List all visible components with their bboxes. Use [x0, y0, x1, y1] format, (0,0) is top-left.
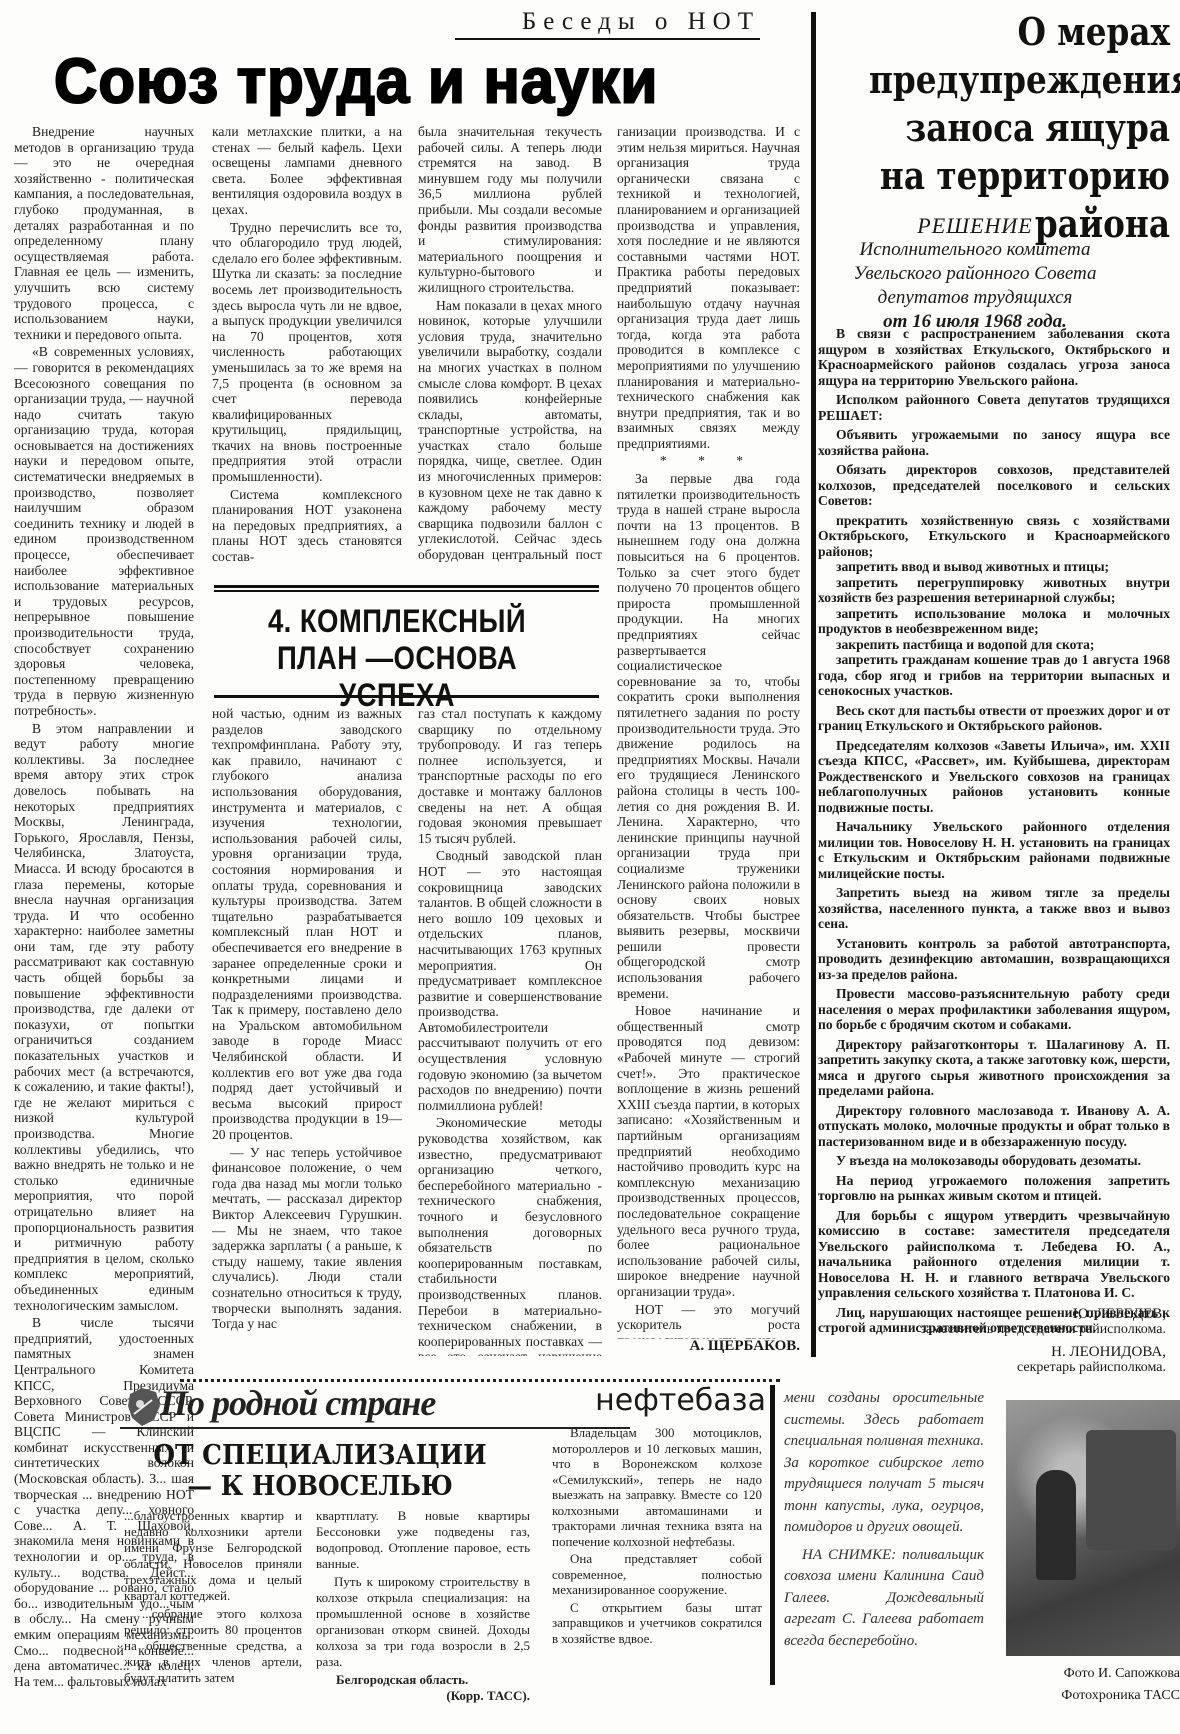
heading-rule-bottom — [214, 695, 599, 698]
paragraph: ганизации производства. И с этим нельзя … — [617, 124, 800, 451]
paragraph: Путь к широкому строительству в колхозе … — [316, 1574, 530, 1670]
paragraph: В этом направлении и ведут работу многие… — [14, 721, 194, 1314]
decree-paragraph: запретить использование молока и молочны… — [818, 606, 1170, 637]
decree-paragraph: Для борьбы с ящуром утвердить чрезвычайн… — [818, 1208, 1170, 1301]
decree-paragraph: Обязать директоров совхозов, представите… — [818, 462, 1170, 509]
paragraph: Сводный заводской план НОТ — это настоящ… — [418, 848, 602, 1113]
paragraph: НОТ — это могучий ускоритель роста произ… — [617, 1302, 800, 1339]
rubric-kicker: Беседы о НОТ — [455, 8, 760, 40]
paragraph: газ стал поступать к каждому сварщику по… — [418, 706, 602, 846]
photo-credit: Фото И. Сапожкова Фотохроника ТАСС — [1008, 1663, 1180, 1707]
decision-issuer: Исполнительного комитета — [800, 238, 1150, 262]
spec-article-title: ОТ СПЕЦИАЛИЗАЦИИ— К НОВОСЕЛЬЮ — [145, 1440, 495, 1502]
signatory-name: Н. ЛЕОНИДОВА, — [1017, 1344, 1166, 1360]
decree-title: О мерах предупреждения заноса ящура на т… — [869, 8, 1170, 248]
decree-paragraph: Провести массово-разъяснительную работу … — [818, 986, 1170, 1033]
photo-author: Фото И. Сапожкова — [1008, 1663, 1180, 1685]
decree-paragraph: Директору райзаготконторы т. Шалагинову … — [818, 1037, 1170, 1099]
decree-paragraph: Установить контроль за работой автотранс… — [818, 936, 1170, 983]
paragraph: мени созданы оросительные системы. Здесь… — [784, 1388, 984, 1539]
decree-paragraph: Директору головного маслозавода т. Ивано… — [818, 1103, 1170, 1150]
article-column-2: кали метлахские плитки, а на стенах — бе… — [212, 124, 402, 564]
nefte-base-title: нефтебаза — [566, 1384, 766, 1418]
paragraph: — У нас теперь устойчивое финансовое пол… — [212, 1145, 402, 1332]
section-column-b: газ стал поступать к каждому сварщику по… — [418, 706, 602, 1356]
signatory-role: секретарь райисполкома. — [1017, 1360, 1166, 1376]
decree-paragraph: У въезда на молокозаводы оборудовать дез… — [818, 1153, 1170, 1169]
paragraph: Владельцам 300 мотоциклов, мотороллеров … — [552, 1425, 762, 1549]
author-signature: А. ЩЕРБАКОВ. — [640, 1338, 800, 1355]
decree-paragraph: Запретить выезд на живом тягле за предел… — [818, 885, 1170, 932]
irrigation-text: мени созданы оросительные системы. Здесь… — [784, 1388, 984, 1652]
decree-paragraph: запретить ввод и вывод животных и птицы; — [818, 559, 1170, 575]
decree-paragraph: Исполком районного Совета депутатов труд… — [818, 392, 1170, 423]
photo-irrigator — [1006, 1400, 1180, 1656]
decree-paragraph: запретить гражданам кошение трав до 1 ав… — [818, 652, 1170, 699]
spec-column-1: ...благоустроенных квартир и недавно кол… — [124, 1508, 302, 1686]
title-line: заноса ящура — [869, 104, 1170, 152]
paragraph: Она представляет собой современное, полн… — [552, 1551, 762, 1598]
dateline-place: Белгородская область. — [336, 1672, 530, 1688]
paragraph: Экономические методы руководства хозяйст… — [418, 1115, 602, 1356]
paragraph: За первые два года пятилетки производите… — [617, 471, 800, 1001]
decree-body: В связи с распространением заболевания с… — [818, 326, 1170, 1340]
decision-issuer: Увельского районного Совета — [800, 262, 1150, 286]
decree-paragraph: Председателям колхозов «Заветы Ильича», … — [818, 738, 1170, 816]
decree-paragraph: В связи с распространением заболевания с… — [818, 326, 1170, 388]
signature-2: Н. ЛЕОНИДОВА, секретарь райисполкома. — [1017, 1344, 1166, 1376]
article-column-3: была значительная текучесть рабочей силы… — [418, 124, 602, 564]
rubric-title: По родной стране — [120, 1383, 630, 1429]
title-line: О мерах — [869, 8, 1170, 56]
paragraph: Нам показали в цехах много новинок, кото… — [418, 298, 602, 564]
signature-1: Ю. ЛЕБЕДЕВ, заместитель председателя рай… — [921, 1306, 1167, 1338]
signatory-role: заместитель председателя райисполкома. — [921, 1322, 1167, 1338]
section-stars: * * * — [617, 453, 800, 469]
spec-column-2: квартплату. В новые квартиры Бессоновки … — [316, 1508, 530, 1704]
photo-agency: Фотохроника ТАСС — [1008, 1685, 1180, 1707]
paragraph: ной частью, одним из важных разделов зав… — [212, 706, 402, 1143]
section-column-a: ной частью, одним из важных разделов зав… — [212, 706, 402, 1356]
title-line: на территорию — [869, 152, 1170, 200]
paragraph: Новое начинание и общественный смотр про… — [617, 1003, 800, 1299]
decision-header: РЕШЕНИЕ Исполнительного комитета Увельск… — [800, 214, 1150, 334]
article-title: Союз труда и науки — [54, 46, 774, 117]
heading-rule-top-2 — [214, 590, 599, 592]
photo-caption: НА СНИМКЕ: поливальщик совхоза имени Кал… — [784, 1545, 984, 1653]
paragraph: была значительная текучесть рабочей силы… — [418, 124, 602, 296]
decree-paragraph: запретить перегруппировку животных внутр… — [818, 575, 1170, 606]
signatory-name: Ю. ЛЕБЕДЕВ, — [921, 1306, 1167, 1322]
column-divider-bottom — [770, 1385, 775, 1685]
machine-shape — [1086, 1430, 1176, 1550]
paragraph: ...собрание этого колхоза решило: строит… — [124, 1606, 302, 1686]
decree-paragraph: Весь скот для пастьбы отвести от проезжи… — [818, 703, 1170, 734]
decision-label: РЕШЕНИЕ — [800, 214, 1150, 238]
decision-issuer: депутатов трудящихся — [800, 286, 1150, 310]
person-shape — [1036, 1470, 1076, 1580]
nefte-base-body: Владельцам 300 мотоциклов, мотороллеров … — [552, 1425, 762, 1646]
decree-paragraph: Начальнику Увельского районного отделени… — [818, 819, 1170, 881]
paragraph: С открытием базы штат заправщиков и учет… — [552, 1600, 762, 1647]
paragraph: кали метлахские плитки, а на стенах — бе… — [212, 124, 402, 218]
paragraph: Внедрение научных методов в организацию … — [14, 124, 194, 342]
decree-paragraph: закрепить пастбища и водопой для скота; — [818, 637, 1170, 653]
decree-paragraph: Объявить угрожаемыми по заносу ящура все… — [818, 427, 1170, 458]
decree-paragraph: прекратить хозяйственную связь с хозяйст… — [818, 513, 1170, 560]
paragraph: «В современных условиях, — говорится в р… — [14, 344, 194, 718]
paragraph: Трудно перечислить все то, что облагород… — [212, 220, 402, 485]
decree-paragraph: На период угрожаемого положения запретит… — [818, 1173, 1170, 1204]
heading-rule-top — [214, 585, 599, 588]
paragraph: квартплату. В новые квартиры Бессоновки … — [316, 1508, 530, 1572]
title-line: предупреждения — [869, 56, 1170, 104]
paragraph: ...благоустроенных квартир и недавно кол… — [124, 1508, 302, 1604]
dateline-source: (Корр. ТАСС). — [316, 1688, 530, 1704]
article-column-4: ганизации производства. И с этим нельзя … — [617, 124, 800, 1339]
paragraph: Система комплексного планирования НОТ уз… — [212, 487, 402, 564]
